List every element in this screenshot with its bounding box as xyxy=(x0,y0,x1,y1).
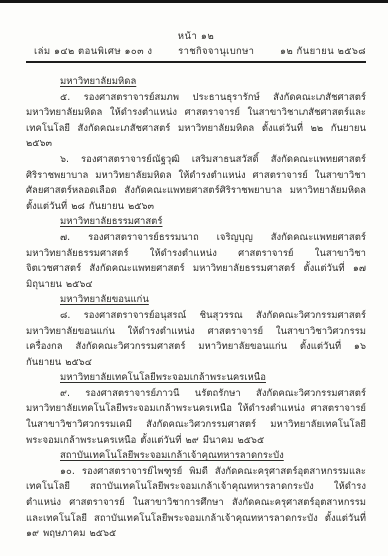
section-heading: สถาบันเทคโนโลยีพระจอมเกล้าเจ้าคุณทหารลาด… xyxy=(60,448,366,464)
announcement-item-10: ๑๐. รองศาสตราจารย์ไพฑูรย์ พิมดี สังกัดคณ… xyxy=(26,464,366,542)
document-body: มหาวิทยาลัยมหิดล ๕. รองศาสตราจารย์สมภพ ป… xyxy=(0,63,388,542)
section-kmitl: สถาบันเทคโนโลยีพระจอมเกล้าเจ้าคุณทหารลาด… xyxy=(26,448,366,542)
gazette-header: หน้า ๑๒ เล่ม ๑๔๒ ตอนพิเศษ ๑๐๓ ง ราชกิจจา… xyxy=(0,0,388,63)
section-heading: มหาวิทยาลัยเทคโนโลยีพระจอมเกล้าพระนครเหน… xyxy=(60,370,366,386)
publish-date: ๑๒ กันยายน ๒๕๖๘ xyxy=(280,45,366,58)
section-khonkaen: มหาวิทยาลัยขอนแก่น ๘. รองศาสตราจารย์อนุส… xyxy=(26,292,366,370)
section-heading: มหาวิทยาลัยมหิดล xyxy=(60,74,366,90)
section-mahidol: มหาวิทยาลัยมหิดล ๕. รองศาสตราจารย์สมภพ ป… xyxy=(26,74,366,214)
announcement-item-5: ๕. รองศาสตราจารย์สมภพ ประธานธุรารักษ์ สั… xyxy=(26,90,366,152)
announcement-item-8: ๘. รองศาสตราจารย์อนุสรณ์ ชินสุวรรณ สังกั… xyxy=(26,308,366,370)
section-heading: มหาวิทยาลัยขอนแก่น xyxy=(60,292,366,308)
scan-top-edge xyxy=(0,0,388,3)
gazette-title: ราชกิจจานุเบกษา xyxy=(178,45,254,58)
announcement-item-7: ๗. รองศาสตราจารย์ธรรมนาถ เจริญบุญ สังกัด… xyxy=(26,230,366,292)
section-kmutnb: มหาวิทยาลัยเทคโนโลยีพระจอมเกล้าพระนครเหน… xyxy=(26,370,366,448)
announcement-item-9: ๙. รองศาสตราจารย์ภาวนี นรัตถรักษา สังกัด… xyxy=(26,386,366,448)
gazette-page: หน้า ๑๒ เล่ม ๑๔๒ ตอนพิเศษ ๑๐๓ ง ราชกิจจา… xyxy=(0,0,388,556)
section-thammasat: มหาวิทยาลัยธรรมศาสตร์ ๗. รองศาสตราจารย์ธ… xyxy=(26,214,366,292)
header-row: เล่ม ๑๔๒ ตอนพิเศษ ๑๐๓ ง ราชกิจจานุเบกษา … xyxy=(26,45,366,58)
page-number: หน้า ๑๒ xyxy=(26,31,366,43)
volume-info: เล่ม ๑๔๒ ตอนพิเศษ ๑๐๓ ง xyxy=(26,45,152,58)
announcement-item-6: ๖. รองศาสตราจารย์ณัฐวุฒิ เสริมสาธนสวัสดิ… xyxy=(26,152,366,214)
section-heading: มหาวิทยาลัยธรรมศาสตร์ xyxy=(60,214,366,230)
